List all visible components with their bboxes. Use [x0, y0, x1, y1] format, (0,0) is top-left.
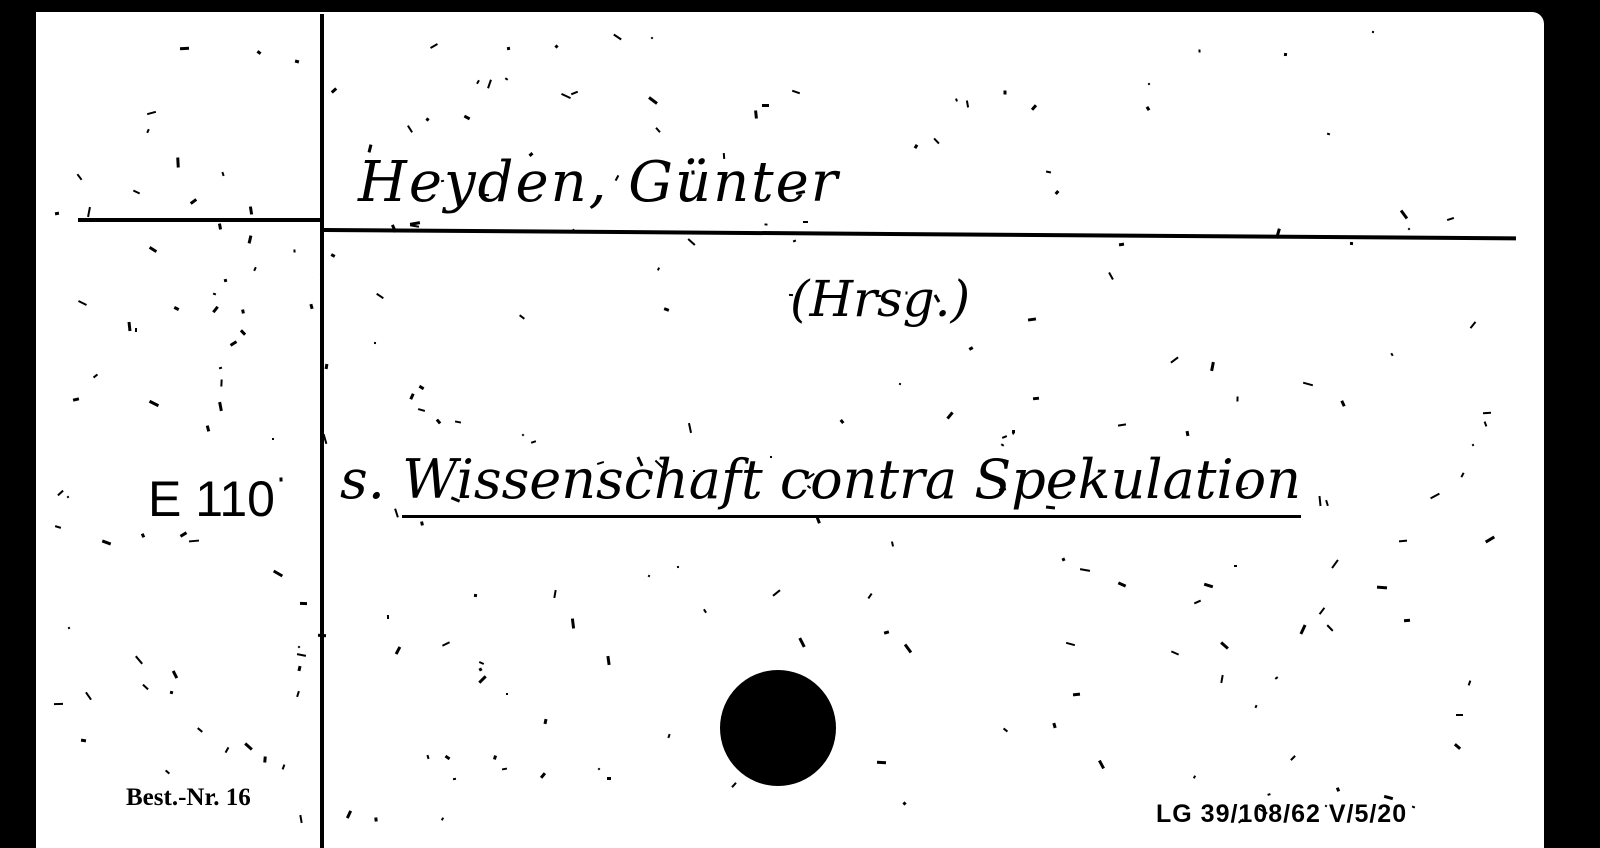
reference-title: Wissenschaft contra Spekulation — [402, 448, 1301, 518]
vertical-rule — [320, 14, 324, 848]
print-code: LG 39/108/62 V/5/20 — [1156, 800, 1407, 829]
cross-reference: s. Wissenschaft contra Spekulation — [340, 448, 1301, 511]
punch-hole — [720, 670, 836, 786]
editor-note: (Hrsg.) — [790, 270, 970, 328]
call-number: E 110 — [148, 470, 275, 528]
order-number: Best.-Nr. 16 — [126, 784, 251, 812]
reference-prefix: s. — [340, 448, 385, 511]
horizontal-rule-left — [78, 218, 322, 222]
title-entry: Heyden, Günter — [358, 150, 840, 215]
